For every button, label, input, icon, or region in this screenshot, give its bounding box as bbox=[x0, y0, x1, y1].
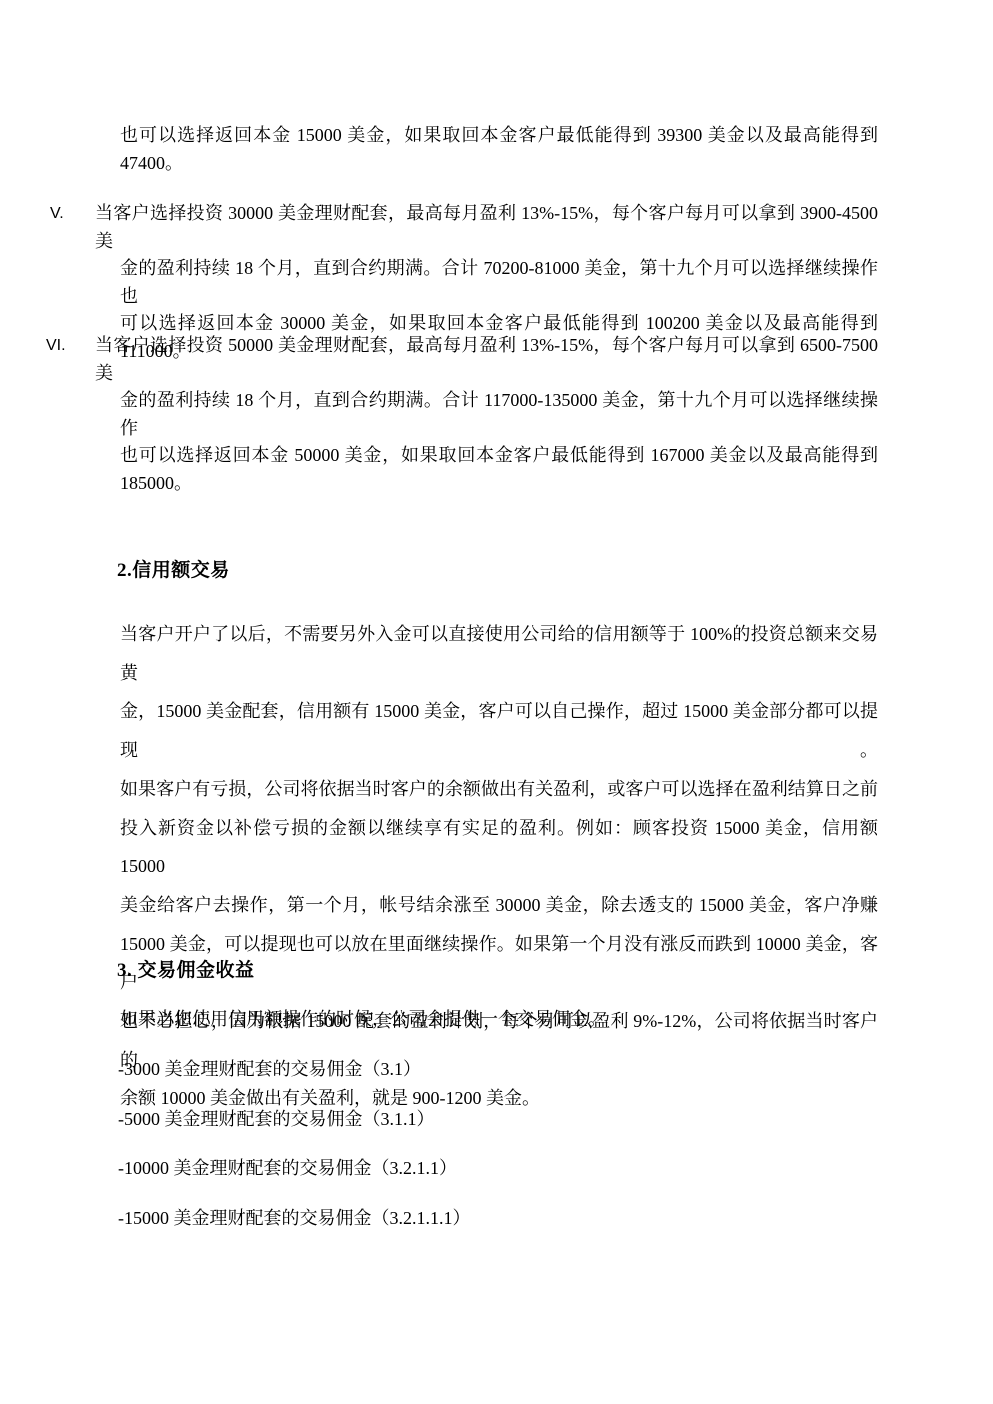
paragraph-line: 也可以选择返回本金 50000 美金，如果取回本金客户最低能得到 167000 … bbox=[120, 442, 878, 470]
paragraph-line: 当客户选择投资 30000 美金理财配套，最高每月盈利 13%-15%，每个客户… bbox=[95, 200, 878, 255]
paragraph-line: 185000。 bbox=[120, 470, 878, 498]
paragraph-line: 金的盈利持续 18 个月，直到合约期满。合计 70200-81000 美金，第十… bbox=[120, 255, 878, 310]
paragraph-line: 如果客户有亏损，公司将依据当时客户的余额做出有关盈利，或客户可以选择在盈利结算日… bbox=[120, 770, 878, 809]
list-marker-vi: VI. bbox=[46, 332, 66, 360]
paragraph-line: 金，15000 美金配套，信用额有 15000 美金，客户可以自己操作，超过 1… bbox=[120, 692, 878, 769]
commission-item: -10000 美金理财配套的交易佣金（3.2.1.1） bbox=[118, 1155, 878, 1183]
section-2-heading: 2.信用额交易 bbox=[117, 557, 230, 584]
paragraph-line: 投入新资金以补偿亏损的金额以继续享有实足的盈利。例如：顾客投资 15000 美金… bbox=[120, 809, 878, 886]
paragraph-line: 如果当您使用信用额操作的时候，公司会提供一个交易佣金。 bbox=[120, 1006, 878, 1034]
paragraph-line: 当客户开户了以后，不需要另外入金可以直接使用公司给的信用额等于 100%的投资总… bbox=[120, 615, 878, 692]
paragraph-line: 也可以选择返回本金 15000 美金，如果取回本金客户最低能得到 39300 美… bbox=[120, 122, 878, 150]
document-page: 也可以选择返回本金 15000 美金，如果取回本金客户最低能得到 39300 美… bbox=[0, 0, 993, 1404]
paragraph-line: 金的盈利持续 18 个月，直到合约期满。合计 117000-135000 美金，… bbox=[120, 387, 878, 442]
section-2-paragraph: 当客户开户了以后，不需要另外入金可以直接使用公司给的信用额等于 100%的投资总… bbox=[120, 615, 878, 1118]
section-3-heading: 3. 交易佣金收益 bbox=[117, 957, 255, 984]
list-item-vi: 当客户选择投资 50000 美金理财配套，最高每月盈利 13%-15%，每个客户… bbox=[120, 332, 878, 497]
commission-list: -3000 美金理财配套的交易佣金（3.1） -5000 美金理财配套的交易佣金… bbox=[118, 1056, 878, 1254]
paragraph-line: 当客户选择投资 50000 美金理财配套，最高每月盈利 13%-15%，每个客户… bbox=[95, 332, 878, 387]
commission-item: -5000 美金理财配套的交易佣金（3.1.1） bbox=[118, 1106, 878, 1134]
paragraph-line: 美金给客户去操作，第一个月，帐号结余涨至 30000 美金，除去透支的 1500… bbox=[120, 886, 878, 925]
list-marker-v: V. bbox=[50, 200, 64, 228]
section-3-intro: 如果当您使用信用额操作的时候，公司会提供一个交易佣金。 bbox=[120, 1006, 878, 1034]
commission-item: -3000 美金理财配套的交易佣金（3.1） bbox=[118, 1056, 878, 1084]
paragraph-iv-continuation: 也可以选择返回本金 15000 美金，如果取回本金客户最低能得到 39300 美… bbox=[120, 122, 878, 177]
paragraph-line: 47400。 bbox=[120, 150, 878, 178]
commission-item: -15000 美金理财配套的交易佣金（3.2.1.1.1） bbox=[118, 1205, 878, 1233]
